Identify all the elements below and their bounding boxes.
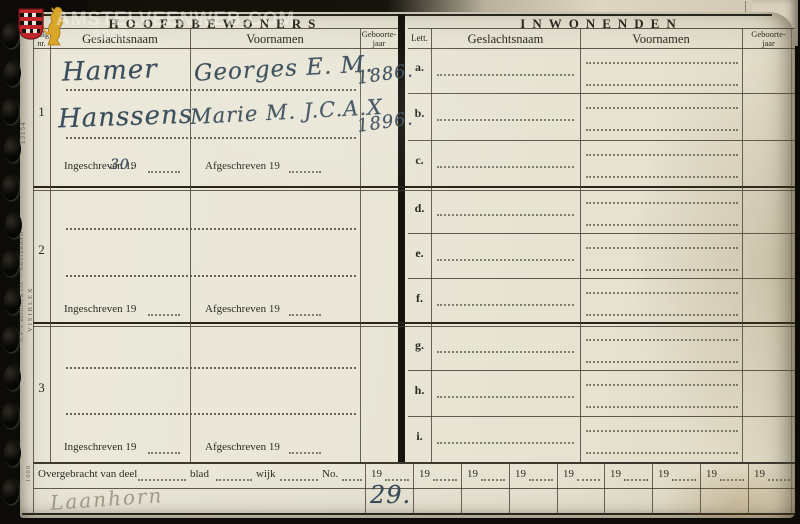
grid-line	[408, 278, 795, 279]
write-line	[529, 479, 553, 481]
write-line	[66, 367, 356, 369]
grid-line	[652, 462, 653, 514]
grid-line	[22, 513, 795, 515]
grid-line	[431, 28, 432, 462]
write-line	[437, 214, 574, 216]
write-line	[586, 452, 738, 454]
grid-line	[33, 322, 795, 324]
binder-hole	[2, 326, 19, 352]
grid-line	[33, 326, 795, 327]
write-line	[586, 107, 738, 109]
write-line	[672, 479, 696, 481]
grid-line	[557, 462, 558, 514]
binder-hole	[4, 60, 21, 86]
house-number-handwritten: 29.	[370, 481, 411, 509]
row-number: 3	[33, 380, 50, 396]
write-line	[437, 119, 574, 121]
year-cell-label: 19	[563, 468, 574, 480]
no-label: No.	[322, 468, 338, 480]
column-header-geslachtsnaam: Geslachtsnaam	[431, 32, 580, 47]
lodger-row-letter: e.	[408, 246, 431, 261]
write-line	[66, 137, 356, 139]
write-line	[289, 452, 321, 454]
grid-line	[408, 233, 795, 234]
grid-line	[50, 28, 51, 462]
blad-label: blad	[190, 468, 209, 480]
ingeschreven-label: Ingeschreven 19	[64, 303, 136, 315]
write-line	[586, 202, 738, 204]
afgeschreven-label: Afgeschreven 19	[205, 303, 280, 315]
write-line	[148, 452, 180, 454]
write-line	[586, 224, 738, 226]
grid-line	[33, 186, 795, 188]
write-line	[586, 314, 738, 316]
write-line	[586, 361, 738, 363]
write-line	[66, 413, 356, 415]
publisher-name: N.V. J. BLOOM & CO. — AMSTERDAM	[19, 192, 25, 342]
write-line	[586, 62, 738, 64]
stock-number: 1000	[25, 448, 32, 482]
write-line	[586, 247, 738, 249]
write-line	[481, 479, 505, 481]
write-line	[342, 479, 362, 481]
binder-hole	[2, 250, 19, 276]
year-cell-label: 19	[515, 468, 526, 480]
serial-number: 13154	[19, 88, 27, 144]
lodger-row-letter: f.	[408, 291, 431, 306]
write-line	[148, 171, 180, 173]
grid-line	[408, 370, 795, 371]
watermark-year: 2003	[92, 27, 129, 44]
year-cell-label: 19	[658, 468, 669, 480]
grid-line	[408, 48, 795, 49]
year-cell-label: 19	[754, 468, 765, 480]
lodger-row-letter: i.	[408, 429, 431, 444]
write-line	[624, 479, 648, 481]
wijk-label: wijk	[256, 468, 276, 480]
inwonenden-title: INWONENDEN	[408, 16, 795, 32]
write-line	[586, 129, 738, 131]
write-line	[577, 479, 600, 481]
grid-line	[360, 28, 361, 462]
write-line	[437, 74, 574, 76]
write-line	[66, 89, 356, 91]
binder-hole	[2, 22, 19, 48]
write-line	[66, 275, 356, 277]
archive-scan-page: 13154 VISIBLEX N.V. J. BLOOM & CO. — AMS…	[0, 0, 800, 524]
grid-line	[190, 28, 191, 462]
grid-line	[33, 48, 398, 49]
write-line	[437, 166, 574, 168]
binder-hole	[5, 212, 22, 238]
write-line	[138, 479, 186, 481]
write-line	[437, 351, 574, 353]
row-number: 1	[33, 104, 50, 120]
binder-hole	[2, 402, 19, 428]
write-line	[437, 442, 574, 444]
grid-line	[461, 462, 462, 514]
write-line	[437, 259, 574, 261]
grid-line	[413, 462, 414, 514]
column-header-lett: Lett.	[408, 34, 431, 43]
binder-hole	[2, 174, 19, 200]
ingeschreven-label: Ingeschreven 19	[64, 441, 136, 453]
write-line	[768, 479, 790, 481]
resident-surname-handwritten: Hamer	[62, 54, 159, 87]
grid-line	[700, 462, 701, 514]
lodger-row-letter: c.	[408, 153, 431, 168]
write-line	[586, 406, 738, 408]
afgeschreven-label: Afgeschreven 19	[205, 441, 280, 453]
grid-line	[742, 28, 743, 462]
grid-line	[33, 190, 795, 191]
year-cell-label: 19	[610, 468, 621, 480]
grid-line	[33, 28, 34, 514]
write-line	[586, 269, 738, 271]
write-line	[289, 314, 321, 316]
ingeschreven-year-handwritten: 30.	[110, 157, 135, 173]
year-cell-label: 19	[371, 468, 382, 480]
write-line	[289, 171, 321, 173]
lodger-row-letter: h.	[408, 383, 431, 398]
write-line	[586, 384, 738, 386]
write-line	[586, 430, 738, 432]
year-cell-label: 19	[467, 468, 478, 480]
write-line	[720, 479, 744, 481]
write-line	[433, 479, 457, 481]
write-line	[148, 314, 180, 316]
lodger-row-letter: d.	[408, 201, 431, 216]
grid-line	[748, 462, 749, 514]
grid-line	[408, 416, 795, 417]
write-line	[66, 228, 356, 230]
overgebracht-label: Overgebracht van deel	[38, 468, 137, 480]
binder-hole	[4, 288, 21, 314]
year-cell-label: 19	[419, 468, 430, 480]
row-number: 2	[33, 242, 50, 258]
binder-hole	[2, 98, 19, 124]
write-line	[216, 479, 252, 481]
write-line	[586, 176, 738, 178]
column-header-geboortejaar: Geboorte- jaar	[742, 30, 795, 48]
grid-line	[408, 93, 795, 94]
grid-line	[604, 462, 605, 514]
write-line	[437, 396, 574, 398]
resident-surname-handwritten: Hanssens	[58, 100, 194, 135]
grid-line	[408, 140, 795, 141]
afgeschreven-label: Afgeschreven 19	[205, 160, 280, 172]
column-header-voornamen: Voornamen	[190, 32, 360, 47]
write-line	[586, 292, 738, 294]
year-cell-label: 19	[706, 468, 717, 480]
write-line	[586, 84, 738, 86]
write-line	[280, 479, 318, 481]
column-header-geboortejaar: Geboorte- jaar	[360, 30, 398, 48]
grid-line	[509, 462, 510, 514]
grid-line	[365, 462, 366, 514]
binder-hole	[4, 440, 21, 466]
grid-line	[580, 28, 581, 462]
binder-hole	[4, 364, 21, 390]
lodger-row-letter: g.	[408, 338, 431, 353]
grid-line	[791, 28, 792, 514]
write-line	[586, 339, 738, 341]
binder-hole	[2, 478, 19, 504]
write-line	[437, 304, 574, 306]
column-header-voornamen: Voornamen	[580, 32, 742, 47]
grid-line	[33, 462, 795, 464]
binder-hole	[4, 136, 21, 162]
write-line	[586, 154, 738, 156]
